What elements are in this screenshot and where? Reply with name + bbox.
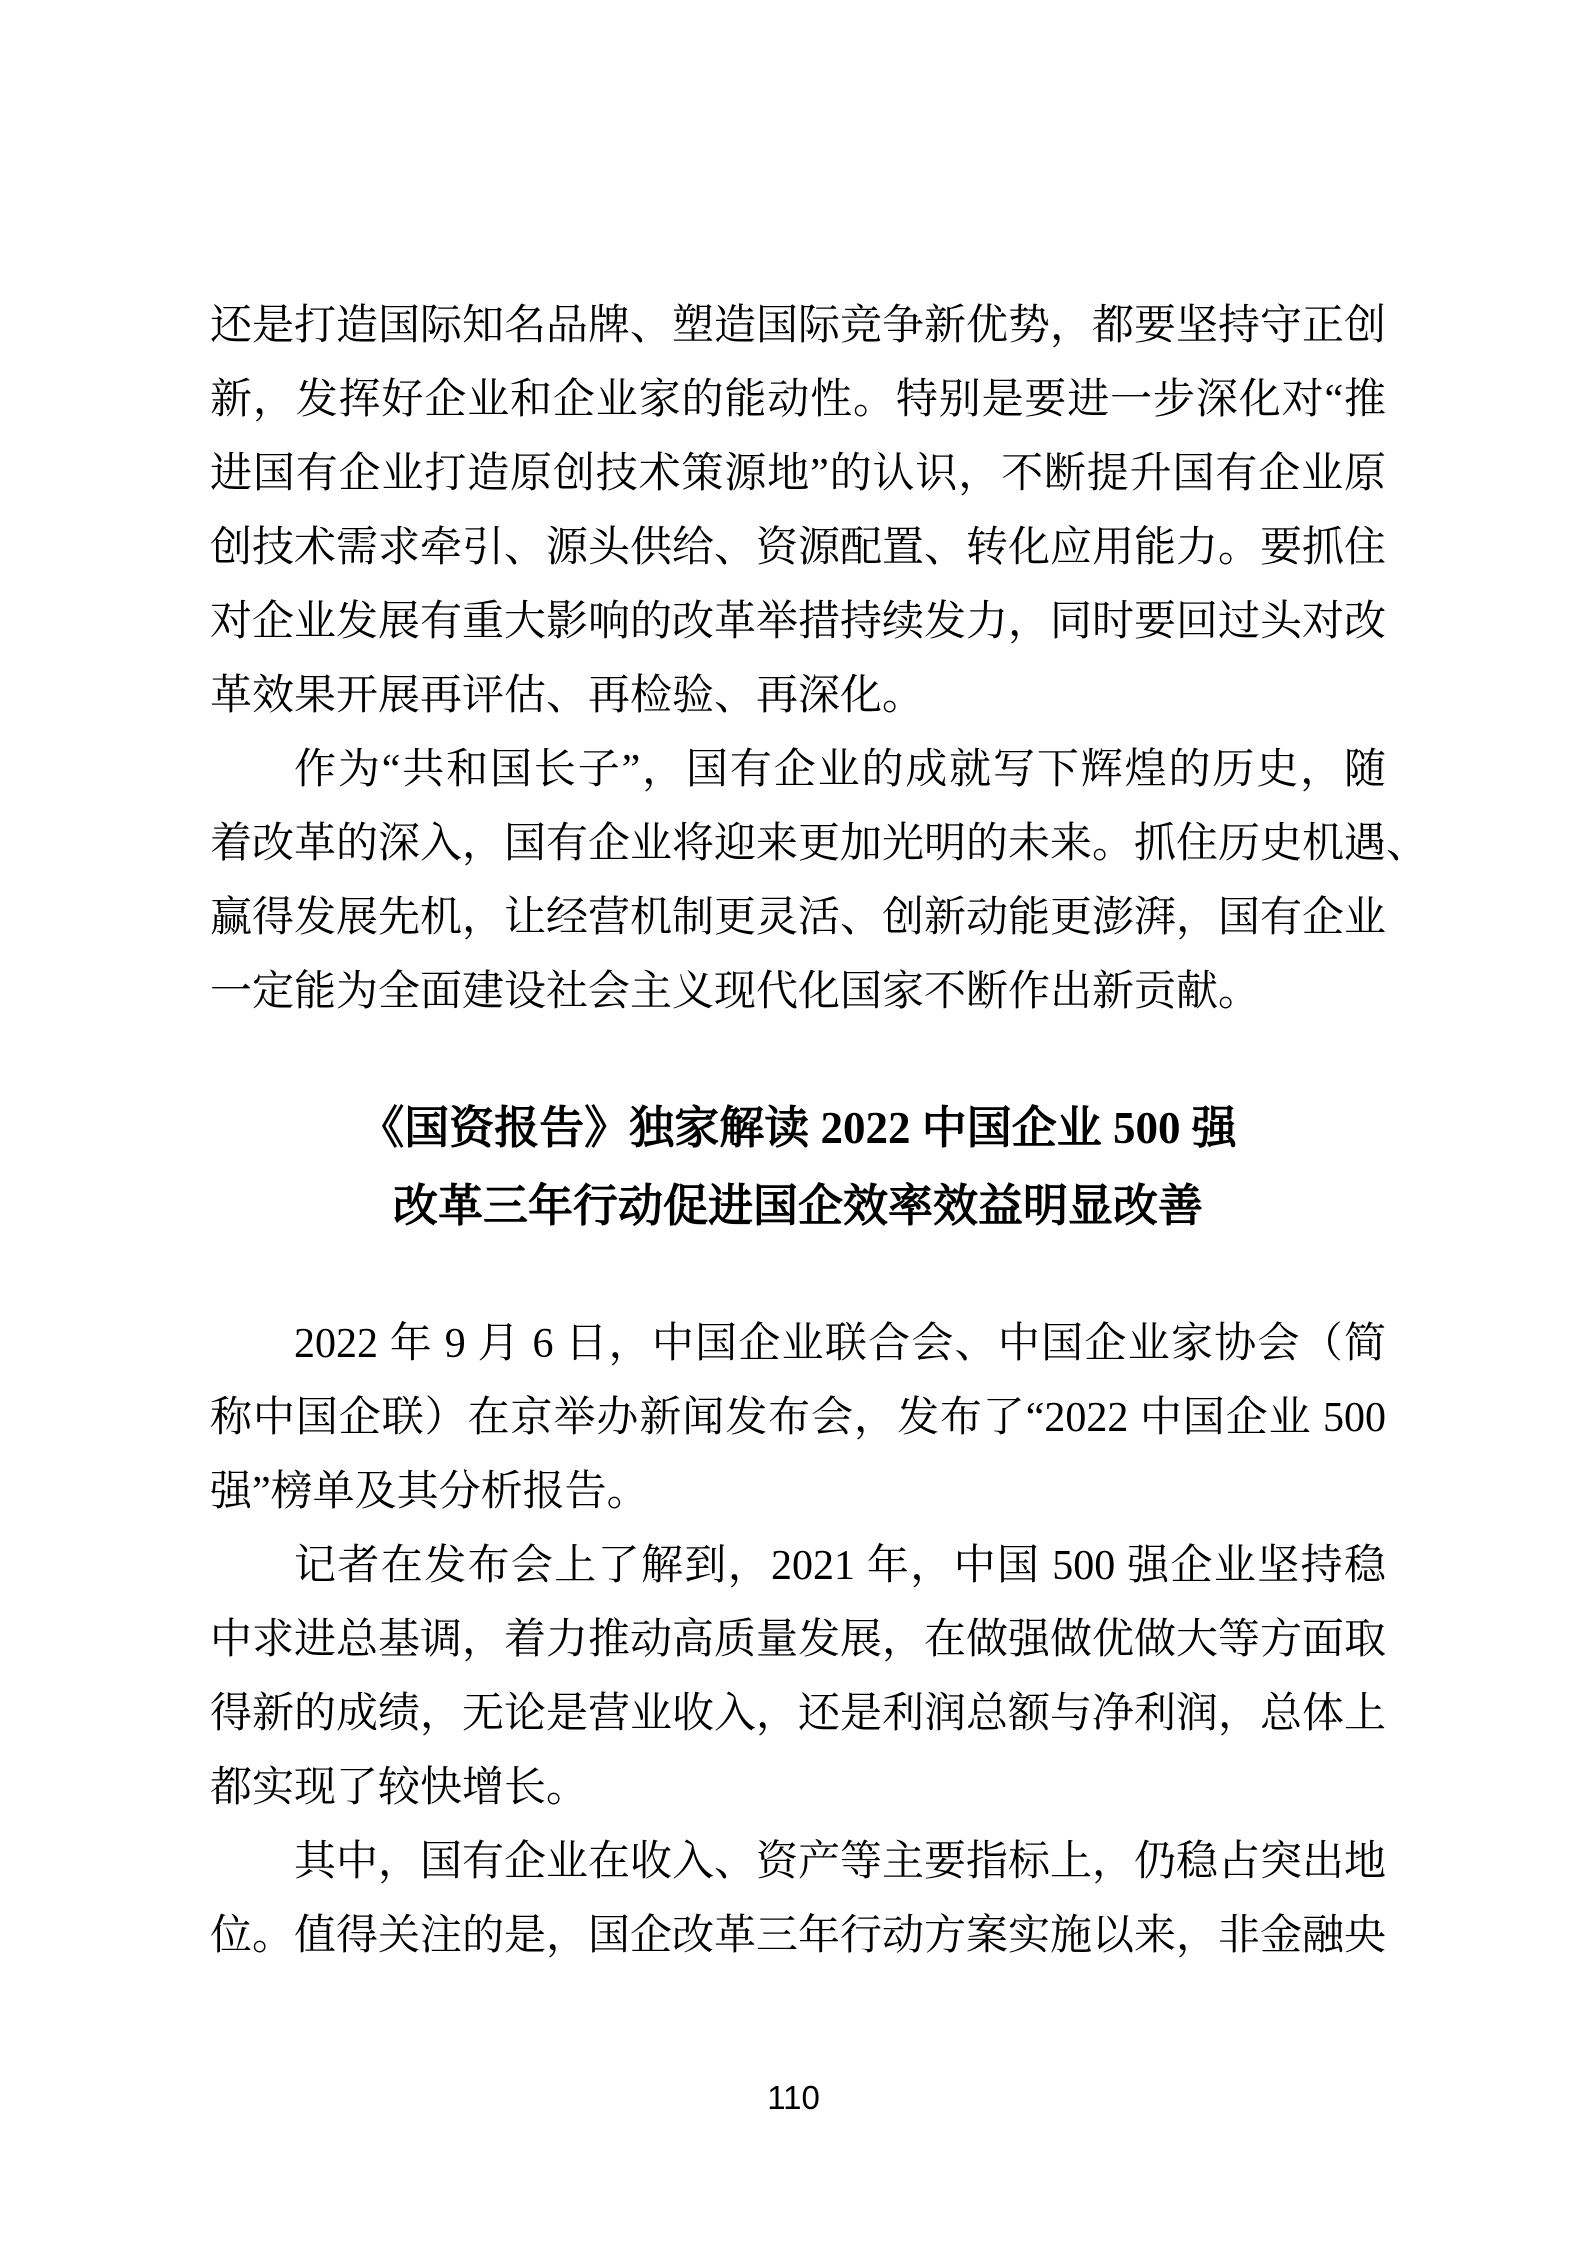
page-number: 110 [0, 2081, 1587, 2114]
paragraph-line: 中求进总基调，着力推动高质量发展，在做强做优做大等方面取 [210, 1603, 1386, 1677]
paragraph-line: 其中，国有企业在收入、资产等主要指标上，仍稳占突出地 [210, 1825, 1386, 1899]
paragraph-line: 进国有企业打造原创技术策源地”的认识，不断提升国有企业原 [210, 437, 1386, 511]
document-page: 还是打造国际知名品牌、塑造国际竞争新优势，都要坚持守正创新，发挥好企业和企业家的… [0, 0, 1587, 2245]
paragraph-line: 都实现了较快增长。 [210, 1751, 1386, 1825]
paragraph-line: 作为“共和国长子”，国有企业的成就写下辉煌的历史，随 [210, 733, 1386, 807]
heading-line: 《国资报告》独家解读 2022 中国企业 500 强 [210, 1089, 1386, 1167]
paragraph-line: 2022 年 9 月 6 日，中国企业联合会、中国企业家协会（简 [210, 1307, 1386, 1381]
section-heading: 《国资报告》独家解读 2022 中国企业 500 强改革三年行动促进国企效率效益… [210, 1089, 1386, 1245]
paragraph-line: 革效果开展再评估、再检验、再深化。 [210, 659, 1386, 733]
paragraph-line: 赢得发展先机，让经营机制更灵活、创新动能更澎湃，国有企业 [210, 881, 1386, 955]
paragraph-line: 对企业发展有重大影响的改革举措持续发力，同时要回过头对改 [210, 585, 1386, 659]
paragraph-line: 强”榜单及其分析报告。 [210, 1455, 1386, 1529]
paragraph-line: 创技术需求牵引、源头供给、资源配置、转化应用能力。要抓住 [210, 511, 1386, 585]
paragraph: 记者在发布会上了解到，2021 年，中国 500 强企业坚持稳中求进总基调，着力… [210, 1529, 1386, 1825]
paragraph-line: 着改革的深入，国有企业将迎来更加光明的未来。抓住历史机遇、 [210, 807, 1386, 881]
paragraph-line: 记者在发布会上了解到，2021 年，中国 500 强企业坚持稳 [210, 1529, 1386, 1603]
paragraph-line: 得新的成绩，无论是营业收入，还是利润总额与净利润，总体上 [210, 1677, 1386, 1751]
heading-line: 改革三年行动促进国企效率效益明显改善 [210, 1167, 1386, 1245]
paragraph-line: 新，发挥好企业和企业家的能动性。特别是要进一步深化对“推 [210, 363, 1386, 437]
paragraph: 其中，国有企业在收入、资产等主要指标上，仍稳占突出地位。值得关注的是，国企改革三… [210, 1825, 1386, 1973]
paragraph-line: 一定能为全面建设社会主义现代化国家不断作出新贡献。 [210, 955, 1386, 1029]
paragraph: 作为“共和国长子”，国有企业的成就写下辉煌的历史，随着改革的深入，国有企业将迎来… [210, 733, 1386, 1029]
paragraph: 还是打造国际知名品牌、塑造国际竞争新优势，都要坚持守正创新，发挥好企业和企业家的… [210, 289, 1386, 733]
paragraph-line: 称中国企联）在京举办新闻发布会，发布了“2022 中国企业 500 [210, 1381, 1386, 1455]
paragraph-line: 位。值得关注的是，国企改革三年行动方案实施以来，非金融央 [210, 1899, 1386, 1973]
paragraph: 2022 年 9 月 6 日，中国企业联合会、中国企业家协会（简称中国企联）在京… [210, 1307, 1386, 1529]
document-body: 还是打造国际知名品牌、塑造国际竞争新优势，都要坚持守正创新，发挥好企业和企业家的… [210, 289, 1386, 1973]
paragraph-line: 还是打造国际知名品牌、塑造国际竞争新优势，都要坚持守正创 [210, 289, 1386, 363]
